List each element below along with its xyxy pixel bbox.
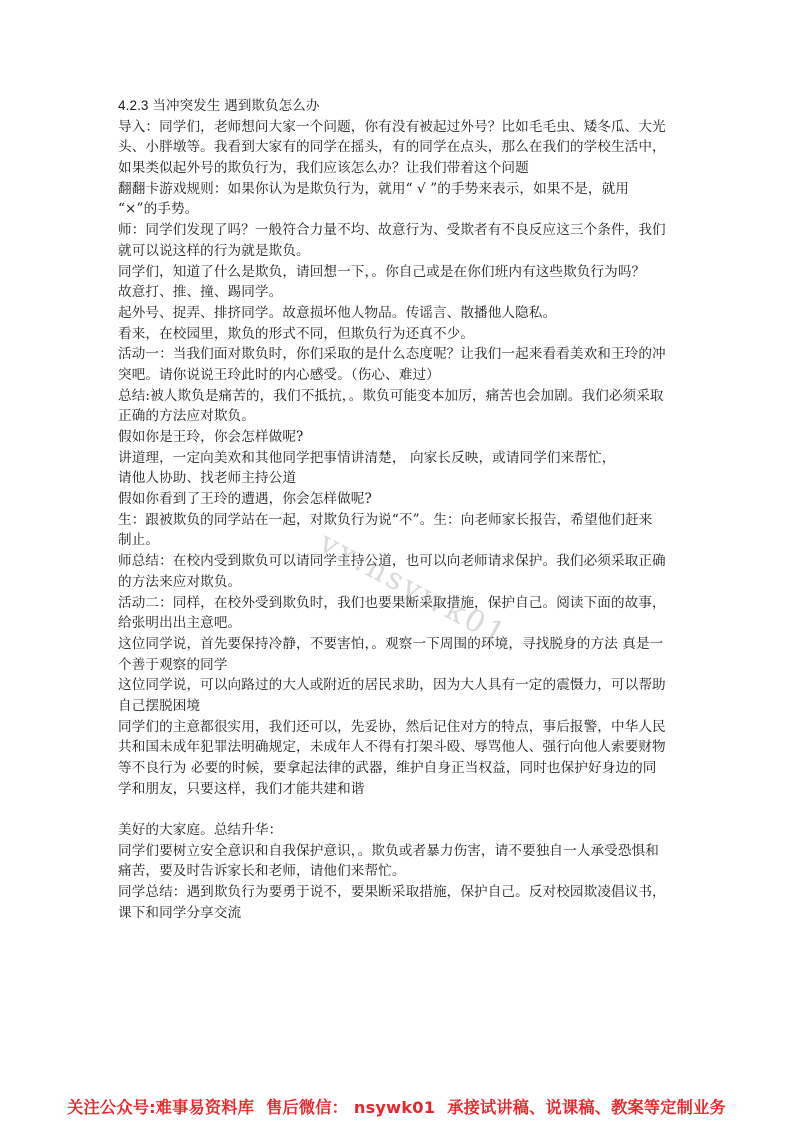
paragraph-line: 同学们，知道了什么是欺负，请回想一下，。你自己或是在你们班内有这些欺负行为吗？ (118, 262, 684, 283)
paragraph-line: 假如你看到了王玲的遭遇，你会怎样做呢? (118, 489, 684, 510)
paragraph-line: 自己摆脱困境 (118, 696, 684, 717)
paragraph-line: 突吧。请你说说王玲此时的内心感受。（伤心、难过） (118, 365, 684, 386)
blank-line (118, 799, 684, 820)
paragraph-line: 同学总结：遇到欺负行为要勇于说不，要果断采取措施，保护自己。反对校园欺凌倡议书， (118, 882, 684, 903)
paragraph-line: 故意打、推、撞、踢同学。 (118, 282, 684, 303)
paragraph-line: 起外号、捉弄、排挤同学。故意损坏他人物品。传谣言、散播他人隐私。 (118, 303, 684, 324)
footer-service-note: 承接试讲稿、说课稿、教案等定制业务 (447, 1098, 726, 1117)
paragraph-line: 给张明出出主意吧。 (118, 613, 684, 634)
paragraph-line: 美好的大家庭。总结升华： (118, 820, 684, 841)
paragraph-line: 翻翻卡游戏规则：如果你认为是欺负行为，就用“ √ ”的手势来表示，如果不是，就用 (118, 179, 684, 200)
paragraph-line: 正确的方法应对欺负。 (118, 406, 684, 427)
footer-banner: 关注公众号:难事易资料库售后微信： nsywk01承接试讲稿、说课稿、教案等定制… (0, 1094, 793, 1118)
footer-wechat-account: 关注公众号:难事易资料库 (67, 1098, 254, 1117)
section-heading: 4.2.3 当冲突发生 遇到欺负怎么办 (118, 96, 684, 117)
paragraph-line: 制止。 (118, 530, 684, 551)
paragraph-line: 个善于观察的同学 (118, 655, 684, 676)
footer-after-sales-contact: 售后微信： nsywk01 (266, 1098, 435, 1117)
paragraph-line: 活动二：同样，在校外受到欺负时，我们也要果断采取措施，保护自己。阅读下面的故事， (118, 593, 684, 614)
paragraph-line: 假如你是王玲，你会怎样做呢? (118, 427, 684, 448)
paragraph-line: 如果类似起外号的欺负行为，我们应该怎么办？让我们带着这个问题 (118, 158, 684, 179)
paragraph-line: 总结:被人欺负是痛苦的，我们不抵抗，。欺负可能变本加厉，痛苦也会加剧。我们必须采… (118, 386, 684, 407)
paragraph-line: 看来，在校园里，欺负的形式不同，但欺负行为还真不少。 (118, 324, 684, 345)
paragraph-line: 课下和同学分享交流 (118, 903, 684, 924)
paragraph-line: 活动一：当我们面对欺负时，你们采取的是什么态度呢？让我们一起来看看美欢和王玲的冲 (118, 344, 684, 365)
paragraph-line: 师：同学们发现了吗？一般符合力量不均、故意行为、受欺者有不良反应这三个条件，我们 (118, 220, 684, 241)
paragraph-line: 师总结：在校内受到欺负可以请同学主持公道，也可以向老师请求保护。我们必须采取正确 (118, 551, 684, 572)
paragraph-line: 学和朋友，只要这样，我们才能共建和谐 (118, 779, 684, 800)
paragraph-line: 头、小胖墩等。我看到大家有的同学在摇头，有的同学在点头，那么在我们的学校生活中， (118, 137, 684, 158)
paragraph-line: 这位同学说，可以向路过的大人或附近的居民求助，因为大人具有一定的震慑力，可以帮助 (118, 675, 684, 696)
paragraph-line: 讲道理，一定向美欢和其他同学把事情讲清楚， 向家长反映，或请同学们来帮忙， (118, 448, 684, 469)
paragraph-line: 同学们要树立安全意识和自我保护意识，。欺负或者暴力伤害，请不要独自一人承受恐惧和 (118, 841, 684, 862)
paragraph-line: 生：跟被欺负的同学站在一起，对欺负行为说“不”。生：向老师家长报告，希望他们赶来 (118, 510, 684, 531)
paragraph-line: 共和国未成年犯罪法明确规定，未成年人不得有打架斗殴、辱骂他人、强行向他人索要财物 (118, 737, 684, 758)
paragraph-line: “×”的手势。 (118, 199, 684, 220)
document-body: 4.2.3 当冲突发生 遇到欺负怎么办 导入：同学们，老师想问大家一个问题，你有… (118, 96, 684, 924)
paragraph-line: 的方法来应对欺负。 (118, 572, 684, 593)
paragraph-line: 这位同学说，首先要保持冷静，不要害怕，。观察一下周围的环境，寻找脱身的方法 真是… (118, 634, 684, 655)
paragraph-line: 就可以说这样的行为就是欺负。 (118, 241, 684, 262)
paragraph-line: 痛苦，要及时告诉家长和老师，请他们来帮忙。 (118, 861, 684, 882)
paragraph-line: 同学们的主意都很实用，我们还可以，先妥协，然后记住对方的特点，事后报警，中华人民 (118, 717, 684, 738)
paragraph-line: 等不良行为 必要的时候，要拿起法律的武器，维护自身正当权益，同时也保护好身边的同 (118, 758, 684, 779)
paragraph-line: 导入：同学们，老师想问大家一个问题，你有没有被起过外号？比如毛毛虫、矮冬瓜、大光 (118, 117, 684, 138)
paragraph-line: 请他人协助、找老师主持公道 (118, 468, 684, 489)
